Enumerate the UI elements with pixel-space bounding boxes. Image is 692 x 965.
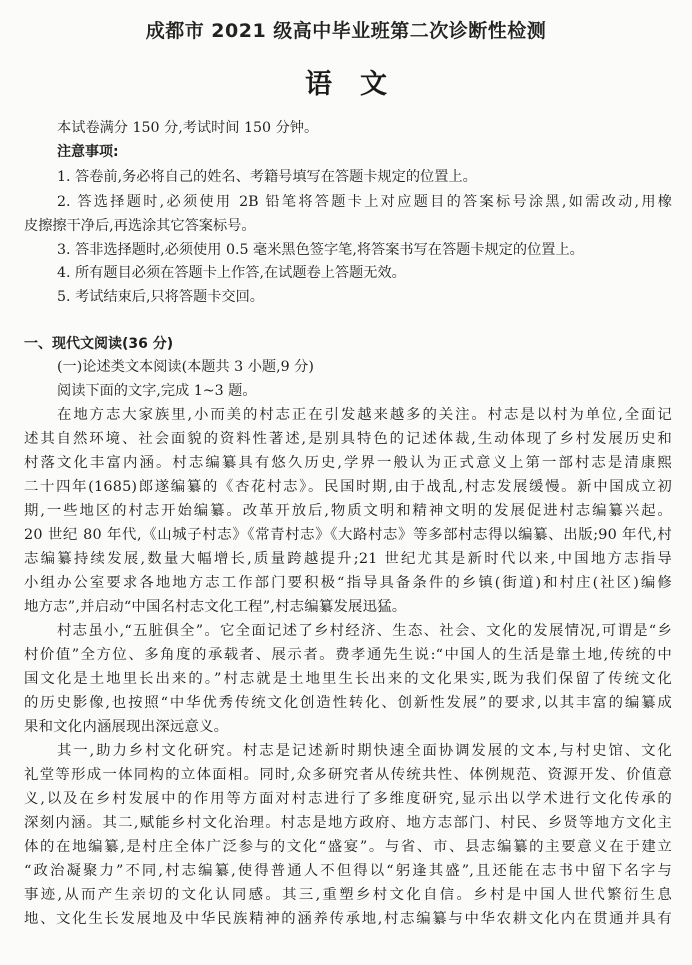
passage-line: 地、文化生长发展地及中华民族精神的涵养传承地,村志编纂与中华农耕文化内在贯通并具…	[24, 909, 672, 929]
notice-item: 5. 考试结束后,只将答题卡交回。	[57, 287, 692, 307]
reading-instruction: 阅读下面的文字,完成 1~3 题。	[57, 381, 692, 401]
exam-page: 成都市 2021 级高中毕业班第二次诊断性检测 语文 本试卷满分 150 分,考…	[0, 0, 692, 965]
passage-line: 义,以及在乡村发展中的作用等方面对村志进行了多维度研究,显示出以学术进行文化传承…	[24, 789, 672, 809]
passage-line: 20 世纪 80 年代,《山城子村志》《常青村志》《大路村志》等多部村志得以编纂…	[24, 525, 672, 545]
notice-heading: 注意事项:	[57, 142, 692, 162]
notice-item: 3. 答非选择题时,必须使用 0.5 毫米黑色签字笔,将答案书写在答题卡规定的位…	[57, 240, 692, 260]
passage-line: 体的在地编纂,是村庄全体广泛参与的文化“盛宴”。与省、市、县志编纂的主要意义在于…	[24, 837, 672, 857]
passage-line: 深刻内涵。其二,赋能乡村文化治理。村志是地方政府、地方志部门、村民、乡贤等地方文…	[24, 813, 672, 833]
passage-line: 二十四年(1685)郎遂编纂的《杏花村志》。民国时期,由于战乱,村志发展缓慢。新…	[24, 477, 672, 497]
passage-line: 述其自然环境、社会面貌的资料性著述,是别具特色的记述体裁,生动体现了乡村发展历史…	[24, 429, 672, 449]
passage-line: 果和文化内涵展现出深远意义。	[24, 717, 672, 737]
notice-item: 4. 所有题目必须在答题卡上作答,在试题卷上答题无效。	[57, 263, 692, 283]
passage-line: 在地方志大家族里,小而美的村志正在引发越来越多的关注。村志是以村为单位,全面记	[57, 405, 672, 425]
passage-line: 村价值”全方位、多角度的承载者、展示者。费孝通先生说:“中国人的生活是靠土地,传…	[24, 645, 672, 665]
passage-line: 其一,助力乡村文化研究。村志是记述新时期快速全面协调发展的文本,与村史馆、文化	[57, 741, 672, 761]
passage-line: 的历史影像,也按照“中华优秀传统文化创造性转化、创新性发展”的要求,以其丰富的编…	[24, 693, 672, 713]
subject-title: 语文	[0, 62, 692, 101]
passage-line: 期,一些地区的村志开始编纂。改革开放后,物质文明和精神文明的发展促进村志编纂兴起…	[24, 501, 672, 521]
notice-item-continued: 皮擦擦干净后,再选涂其它答案标号。	[24, 216, 672, 236]
passage-line: 地方志”,并启动“中国名村志文化工程”,村志编纂发展迅猛。	[24, 597, 672, 617]
passage-line: “政治凝聚力”不同,村志编纂,使得普通人不但得以“躬逢其盛”,且还能在志书中留下…	[24, 861, 672, 881]
passage-line: 志编纂持续发展,数量大幅增长,质量跨越提升;21 世纪尤其是新时代以来,中国地方…	[24, 549, 672, 569]
section-heading: 一、现代文阅读(36 分)	[24, 334, 672, 354]
score-line: 本试卷满分 150 分,考试时间 150 分钟。	[57, 118, 692, 138]
passage-line: 村落文化丰富内涵。村志编纂具有悠久历史,学界一般认为正式意义上第一部村志是清康熙	[24, 453, 672, 473]
section-subheading: (一)论述类文本阅读(本题共 3 小题,9 分)	[57, 357, 692, 377]
passage-line: 礼堂等形成一体同构的立体面相。同时,众多研究者从传统共性、体例规范、资源开发、价…	[24, 765, 672, 785]
notice-item: 1. 答卷前,务必将自己的姓名、考籍号填写在答题卡规定的位置上。	[57, 167, 692, 187]
passage-line: 村志虽小,“五脏俱全”。它全面记述了乡村经济、生态、社会、文化的发展情况,可谓是…	[57, 621, 672, 641]
passage-line: 事迹,从而产生亲切的文化认同感。其三,重塑乡村文化自信。乡村是中国人世代繁衍生息	[24, 885, 672, 905]
passage-line: 国文化是土地里长出来的。”村志就是土地里生长出来的文化果实,既为我们保留了传统文…	[24, 669, 672, 689]
passage-line: 小组办公室要求各地地方志工作部门要积极“指导具备条件的乡镇(街道)和村庄(社区)…	[24, 573, 672, 593]
exam-title: 成都市 2021 级高中毕业班第二次诊断性检测	[0, 16, 692, 43]
notice-item: 2. 答选择题时,必须使用 2B 铅笔将答题卡上对应题目的答案标号涂黑,如需改动…	[57, 192, 672, 212]
